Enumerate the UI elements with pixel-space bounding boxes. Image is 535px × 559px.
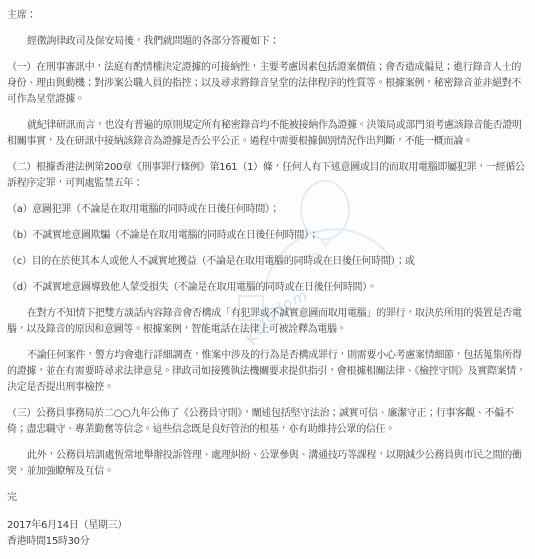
salutation: 主席：	[7, 8, 528, 24]
release-time: 香港時間15時30分	[7, 534, 528, 550]
date-block: 2017年6月14日（星期三） 香港時間15時30分	[7, 518, 528, 550]
intro-paragraph: 經徵詢律政司及保安局後，我們就問題的各部分答覆如下：	[7, 34, 528, 50]
answer-part-2: （二）根據香港法例第200章《刑事罪行條例》第161（1）條，任何人有下述意圖或…	[7, 160, 528, 192]
offence-item-b: （b）不誠實地意圖欺騙（不論是在取用電腦的同時或在日後任何時間）；	[7, 228, 528, 244]
offence-item-d: （d）不誠實地意圖導致他人蒙受損失（不論是在取用電腦的同時或在日後任何時間）。	[7, 280, 528, 296]
paragraph-police-investigation: 不論任何案件，警方均會進行詳細調查，惟案中涉及的行為是否構成罪行，則需要小心考慮…	[7, 348, 528, 396]
release-date: 2017年6月14日（星期三）	[7, 518, 528, 534]
paragraph-disciplinary-hearings: 就紀律研訊而言，也沒有普遍的原則規定所有秘密錄音均不能被接納作為證據。決策局或部…	[7, 118, 528, 150]
answer-part-3: （三）公務員事務局於二○○九年公佈了《公務員守則》，闡述包括堅守法治；誠實可信、…	[7, 406, 528, 438]
answer-part-1: （一）在刑事審訊中，法庭有酌情權決定證據的可接納性，主要考慮因素包括證案價值；會…	[7, 60, 528, 108]
press-release-body: 主席： 經徵詢律政司及保安局後，我們就問題的各部分答覆如下： （一）在刑事審訊中…	[0, 0, 535, 550]
offence-item-c: （c）目的在於使其本人或他人不誠實地獲益（不論是在取用電腦的同時或在日後任何時間…	[7, 254, 528, 270]
press-release-page: { "document": { "salutation": "主席：", "in…	[0, 0, 535, 559]
paragraph-recording-offence: 在對方不知情下把雙方談話內容錄音會否構成「有犯罪或不誠實意圖而取用電腦」的罪行，…	[7, 306, 528, 338]
offence-item-a: （a）意圖犯罪（不論是在取用電腦的同時或在日後任何時間）；	[7, 202, 528, 218]
paragraph-civil-servant-training: 此外，公務員培訓處恆常地舉辦投訴管理、處理糾紛、公眾參與、溝通技巧等課程，以期減…	[7, 448, 528, 480]
end-mark: 完	[7, 490, 528, 506]
